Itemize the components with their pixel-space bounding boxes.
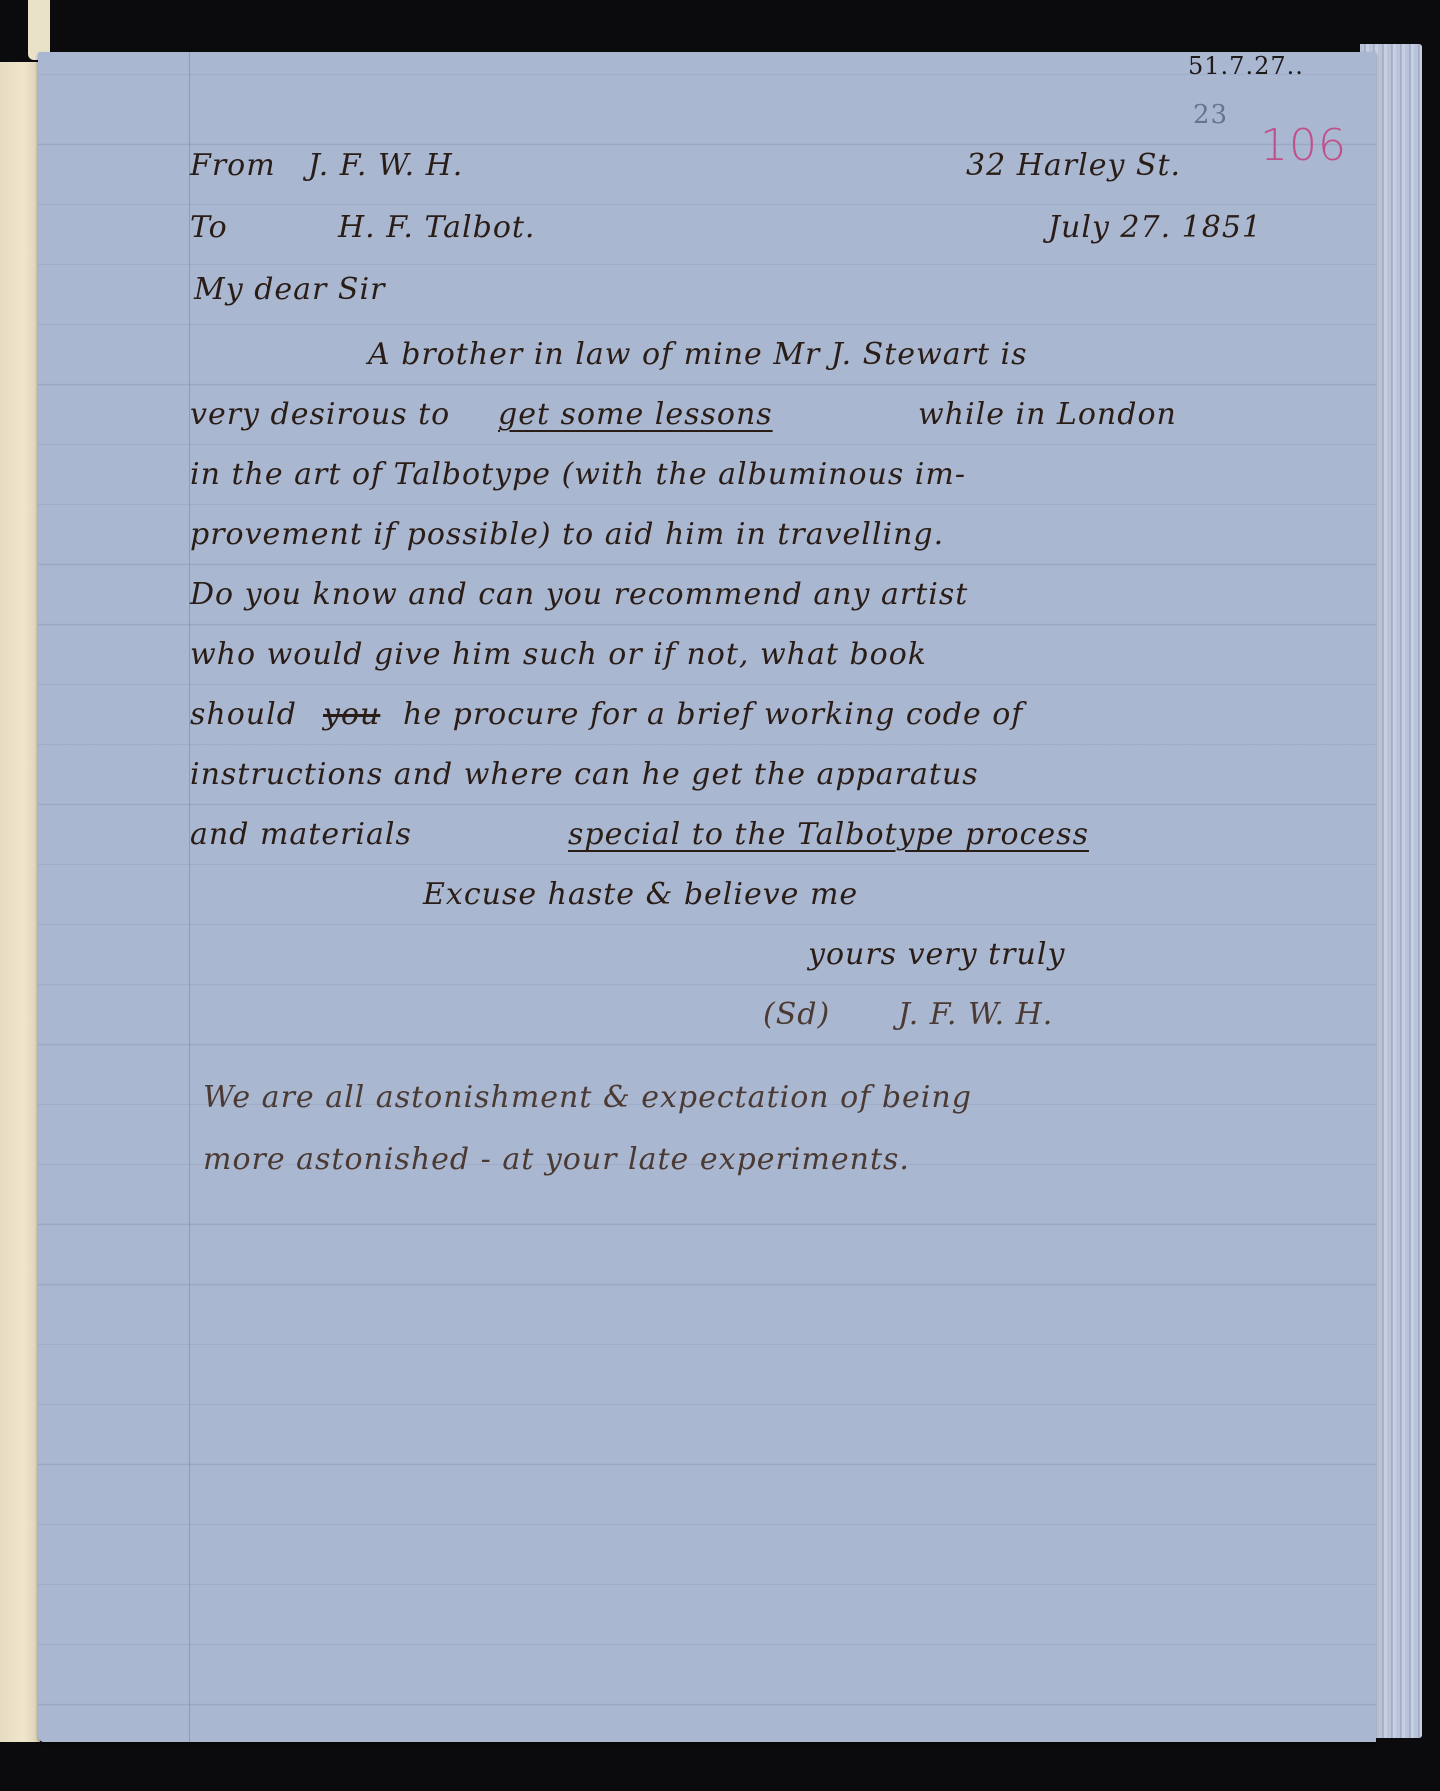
body-line-1: A brother in law of mine Mr J. Stewart i… — [368, 337, 1028, 372]
to-label: To — [190, 210, 228, 245]
signed-marker: (Sd) — [763, 997, 830, 1032]
body-line-2-underlined: get some lessons — [498, 397, 773, 432]
from-label: From — [190, 148, 276, 183]
body-line-3: in the art of Talbotype (with the albumi… — [190, 457, 966, 492]
binding-cream-tab — [28, 0, 50, 60]
closing-line-2: yours very truly — [808, 937, 1065, 972]
body-line-2a: very desirous to — [190, 397, 450, 432]
date: July 27. 1851 — [1048, 210, 1262, 245]
pencil-number: 23 — [1193, 100, 1228, 130]
address: 32 Harley St. — [966, 148, 1181, 183]
binding-cream-strip — [0, 62, 40, 1742]
struck-word: you — [323, 697, 380, 732]
postscript-line-1: We are all astonishment & expectation of… — [203, 1080, 972, 1115]
body-line-4: provement if possible) to aid him in tra… — [190, 517, 944, 552]
to-value: H. F. Talbot. — [338, 210, 535, 245]
reference-number: 51.7.27.. — [1188, 52, 1304, 80]
postscript-line-2: more astonished - at your late experimen… — [203, 1142, 910, 1177]
body-line-2b: while in London — [918, 397, 1177, 432]
body-line-9-underlined: special to the Talbotype process — [568, 817, 1089, 852]
body-line-7a: should — [190, 697, 297, 732]
signature: J. F. W. H. — [898, 997, 1053, 1032]
body-line-6: who would give him such or if not, what … — [190, 637, 927, 672]
body-line-8: instructions and where can he get the ap… — [190, 757, 979, 792]
body-line-5: Do you know and can you recommend any ar… — [190, 577, 968, 612]
closing-line-1: Excuse haste & believe me — [423, 877, 858, 912]
folio-number: 106 — [1260, 120, 1347, 171]
body-line-7b: he procure for a brief working code of — [403, 697, 1023, 732]
letter-page: 51.7.27.. 23 106 From J. F. W. H. 32 Har… — [38, 52, 1376, 1742]
body-line-9a: and materials — [190, 817, 412, 852]
salutation: My dear Sir — [194, 272, 385, 307]
from-value: J. F. W. H. — [308, 148, 463, 183]
